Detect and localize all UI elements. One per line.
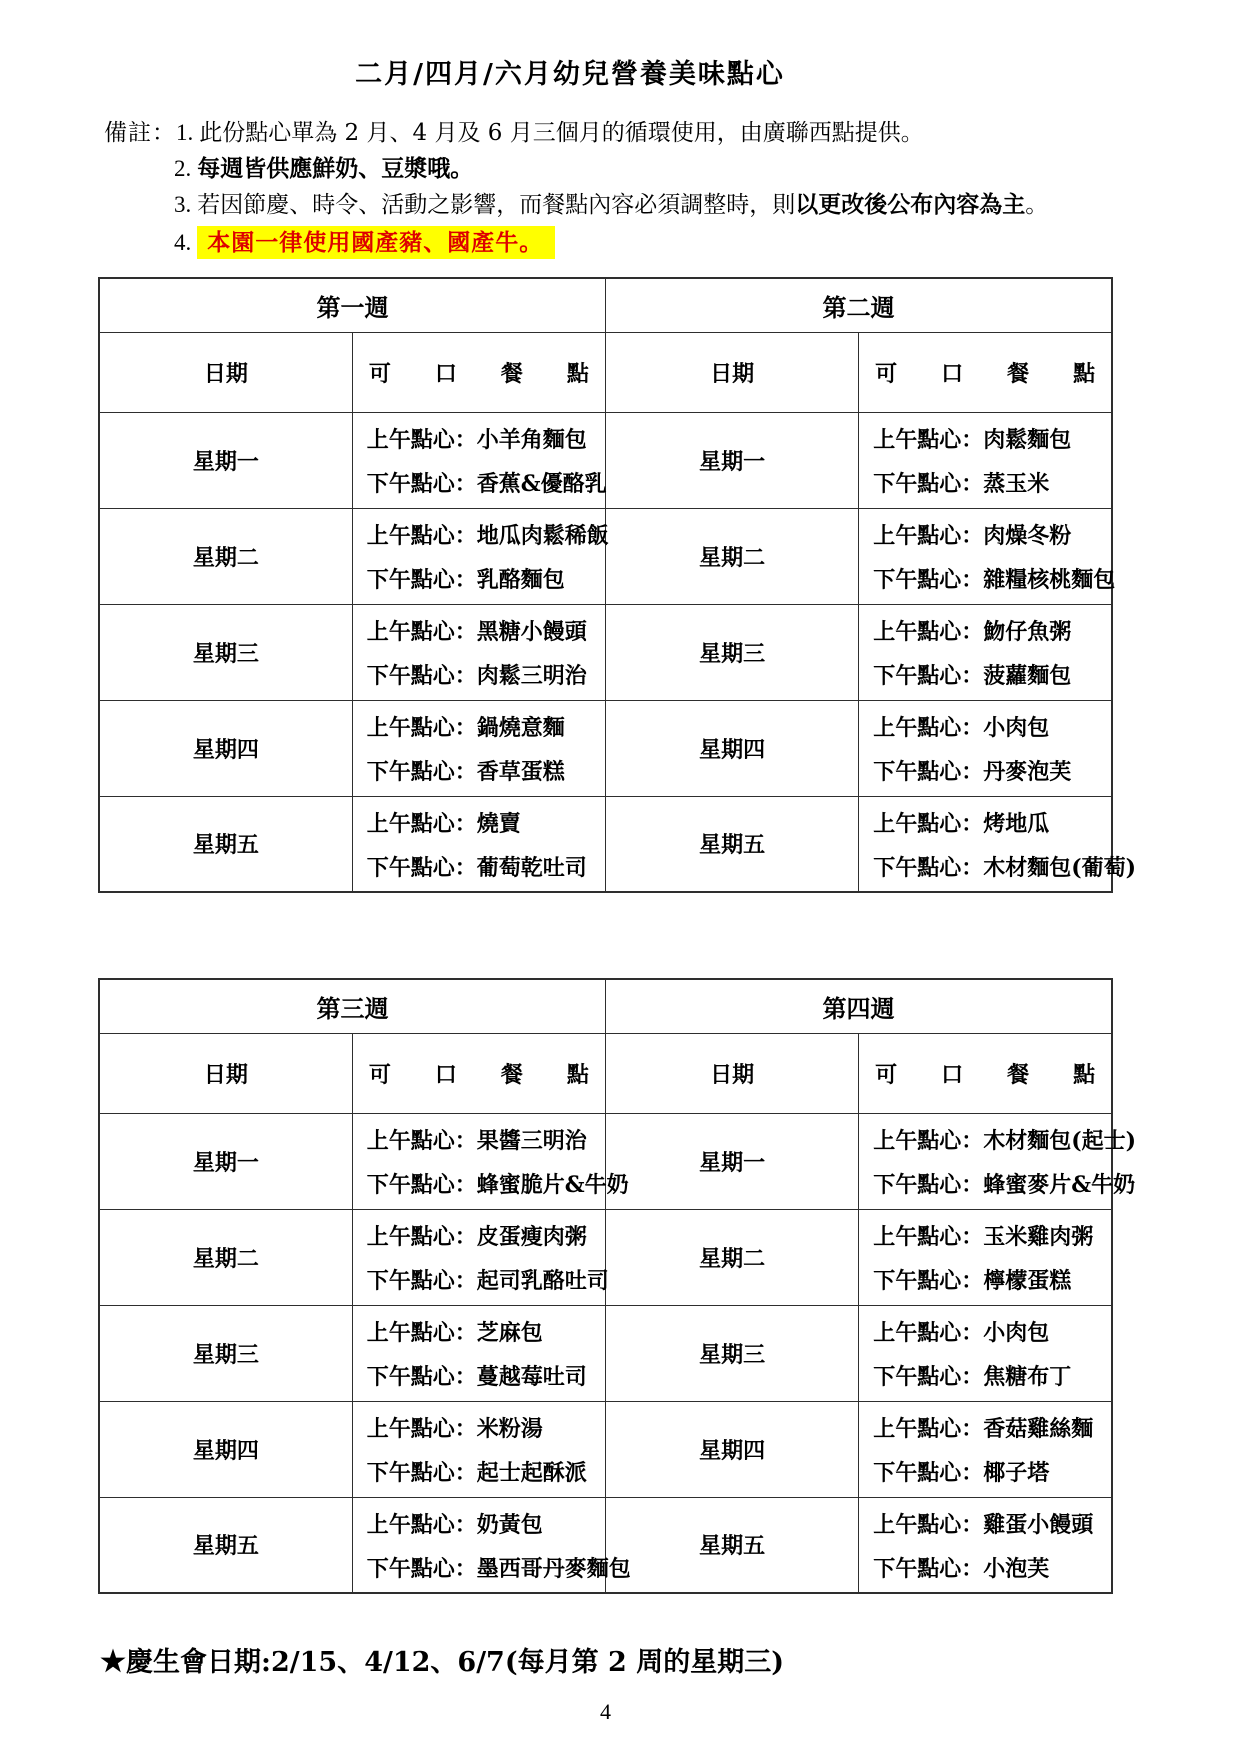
day-label: 星期二 [99, 1209, 352, 1305]
notes-label: 備註： [104, 120, 176, 146]
menu-cell: 上午點心：奶黃包 下午點心：墨西哥丹麥麵包 [352, 1497, 605, 1593]
am-snack: 上午點心：烤地瓜 [873, 802, 1107, 846]
note-1-number: 1. [176, 120, 199, 145]
pm-snack: 下午點心：起司乳酪吐司 [367, 1259, 601, 1303]
note-line-4: 4.本園一律使用國產豬、國產牛。 [104, 225, 1241, 261]
page-number: 4 [98, 1699, 1113, 1725]
day-label: 星期二 [606, 508, 859, 604]
table-row-friday: 星期五 上午點心：奶黃包 下午點心：墨西哥丹麥麵包 星期五 上午點心：雞蛋小饅頭… [99, 1497, 1112, 1593]
page-title: 二月/四月/六月幼兒營養美味點心 [0, 0, 1140, 91]
day-label: 星期二 [606, 1209, 859, 1305]
pm-snack: 下午點心：椰子塔 [873, 1451, 1107, 1495]
note-3-text: 若因節慶、時令、活動之影響，而餐點內容必須調整時，則以更改後公布內容為主。 [197, 192, 1048, 218]
am-snack: 上午點心：雞蛋小饅頭 [873, 1503, 1107, 1547]
date-column-header: 日期 [606, 332, 859, 412]
menu-table-weeks-1-2: 第一週 第二週 日期 可 口 餐 點 日期 可 口 餐 點 星期一 上午點心：小… [98, 277, 1113, 893]
pm-snack: 下午點心：丹麥泡芙 [873, 750, 1107, 794]
day-label: 星期五 [99, 796, 352, 892]
note-line-3: 3.若因節慶、時令、活動之影響，而餐點內容必須調整時，則以更改後公布內容為主。 [104, 187, 1241, 223]
date-column-header: 日期 [99, 1033, 352, 1113]
pm-snack: 下午點心：香蕉&優酪乳 [367, 462, 601, 506]
day-label: 星期一 [606, 412, 859, 508]
am-snack: 上午點心：小肉包 [873, 706, 1107, 750]
pm-snack: 下午點心：墨西哥丹麥麵包 [367, 1547, 601, 1591]
am-snack: 上午點心：米粉湯 [367, 1407, 601, 1451]
note-line-1: 備註：1.此份點心單為 2 月、4 月及 6 月三個月的循環使用，由廣聯西點提供… [104, 115, 1241, 151]
pm-snack: 下午點心：葡萄乾吐司 [367, 846, 601, 890]
day-label: 星期一 [99, 412, 352, 508]
birthday-party-text: 慶生會日期:2/15、4/12、6/7(每月第 2 周的星期三) [126, 1647, 784, 1678]
column-header-row: 日期 可 口 餐 點 日期 可 口 餐 點 [99, 1033, 1112, 1113]
pm-snack: 下午點心：乳酪麵包 [367, 558, 601, 602]
am-snack: 上午點心：芝麻包 [367, 1311, 601, 1355]
day-label: 星期一 [606, 1113, 859, 1209]
day-label: 星期三 [99, 604, 352, 700]
menu-column-header: 可 口 餐 點 [352, 1033, 605, 1113]
day-label: 星期一 [99, 1113, 352, 1209]
menu-cell: 上午點心：玉米雞肉粥 下午點心：檸檬蛋糕 [859, 1209, 1112, 1305]
am-snack: 上午點心：香菇雞絲麵 [873, 1407, 1107, 1451]
week-header-row: 第三週 第四週 [99, 979, 1112, 1033]
day-label: 星期四 [606, 1401, 859, 1497]
am-snack: 上午點心：奶黃包 [367, 1503, 601, 1547]
pm-snack: 下午點心：蜂蜜脆片&牛奶 [367, 1163, 601, 1207]
note-2-number: 2. [174, 156, 197, 181]
menu-cell: 上午點心：果醬三明治 下午點心：蜂蜜脆片&牛奶 [352, 1113, 605, 1209]
note-4-highlighted-text: 本園一律使用國產豬、國產牛。 [197, 226, 555, 259]
menu-cell: 上午點心：木材麵包(起士) 下午點心：蜂蜜麥片&牛奶 [859, 1113, 1112, 1209]
menu-column-header: 可 口 餐 點 [352, 332, 605, 412]
menu-column-header: 可 口 餐 點 [859, 332, 1112, 412]
column-header-row: 日期 可 口 餐 點 日期 可 口 餐 點 [99, 332, 1112, 412]
menu-cell: 上午點心：燒賣 下午點心：葡萄乾吐司 [352, 796, 605, 892]
table-row-tuesday: 星期二 上午點心：皮蛋瘦肉粥 下午點心：起司乳酪吐司 星期二 上午點心：玉米雞肉… [99, 1209, 1112, 1305]
note-line-2: 2.每週皆供應鮮奶、豆漿哦。 [104, 151, 1241, 187]
menu-cell: 上午點心：小羊角麵包 下午點心：香蕉&優酪乳 [352, 412, 605, 508]
am-snack: 上午點心：小肉包 [873, 1311, 1107, 1355]
table-row-friday: 星期五 上午點心：燒賣 下午點心：葡萄乾吐司 星期五 上午點心：烤地瓜 下午點心… [99, 796, 1112, 892]
note-4-number: 4. [174, 230, 197, 255]
week-4-header: 第四週 [606, 979, 1113, 1033]
menu-cell: 上午點心：皮蛋瘦肉粥 下午點心：起司乳酪吐司 [352, 1209, 605, 1305]
pm-snack: 下午點心：木材麵包(葡萄) [873, 846, 1107, 890]
pm-snack: 下午點心：雜糧核桃麵包 [873, 558, 1107, 602]
table-row-tuesday: 星期二 上午點心：地瓜肉鬆稀飯 下午點心：乳酪麵包 星期二 上午點心：肉燥冬粉 … [99, 508, 1112, 604]
am-snack: 上午點心：果醬三明治 [367, 1119, 601, 1163]
pm-snack: 下午點心：香草蛋糕 [367, 750, 601, 794]
menu-cell: 上午點心：香菇雞絲麵 下午點心：椰子塔 [859, 1401, 1112, 1497]
table-spacer [0, 893, 1241, 978]
pm-snack: 下午點心：蜂蜜麥片&牛奶 [873, 1163, 1107, 1207]
pm-snack: 下午點心：蔓越莓吐司 [367, 1355, 601, 1399]
am-snack: 上午點心：小羊角麵包 [367, 418, 601, 462]
pm-snack: 下午點心：焦糖布丁 [873, 1355, 1107, 1399]
day-label: 星期四 [99, 1401, 352, 1497]
am-snack: 上午點心：燒賣 [367, 802, 601, 846]
note-3-number: 3. [174, 192, 197, 217]
menu-column-header: 可 口 餐 點 [859, 1033, 1112, 1113]
day-label: 星期四 [99, 700, 352, 796]
day-label: 星期五 [606, 1497, 859, 1593]
note-2-text: 每週皆供應鮮奶、豆漿哦。 [197, 155, 473, 182]
day-label: 星期五 [99, 1497, 352, 1593]
date-column-header: 日期 [99, 332, 352, 412]
table-row-wednesday: 星期三 上午點心：黑糖小饅頭 下午點心：肉鬆三明治 星期三 上午點心：魩仔魚粥 … [99, 604, 1112, 700]
menu-cell: 上午點心：地瓜肉鬆稀飯 下午點心：乳酪麵包 [352, 508, 605, 604]
am-snack: 上午點心：皮蛋瘦肉粥 [367, 1215, 601, 1259]
table-row-thursday: 星期四 上午點心：鍋燒意麵 下午點心：香草蛋糕 星期四 上午點心：小肉包 下午點… [99, 700, 1112, 796]
menu-cell: 上午點心：魩仔魚粥 下午點心：菠蘿麵包 [859, 604, 1112, 700]
menu-cell: 上午點心：雞蛋小饅頭 下午點心：小泡芙 [859, 1497, 1112, 1593]
table-row-monday: 星期一 上午點心：小羊角麵包 下午點心：香蕉&優酪乳 星期一 上午點心：肉鬆麵包… [99, 412, 1112, 508]
pm-snack: 下午點心：蒸玉米 [873, 462, 1107, 506]
am-snack: 上午點心：地瓜肉鬆稀飯 [367, 514, 601, 558]
menu-cell: 上午點心：米粉湯 下午點心：起士起酥派 [352, 1401, 605, 1497]
am-snack: 上午點心：黑糖小饅頭 [367, 610, 601, 654]
table-row-monday: 星期一 上午點心：果醬三明治 下午點心：蜂蜜脆片&牛奶 星期一 上午點心：木材麵… [99, 1113, 1112, 1209]
day-label: 星期二 [99, 508, 352, 604]
week-1-header: 第一週 [99, 278, 606, 332]
document-page: 二月/四月/六月幼兒營養美味點心 備註：1.此份點心單為 2 月、4 月及 6 … [0, 0, 1241, 1755]
pm-snack: 下午點心：檸檬蛋糕 [873, 1259, 1107, 1303]
menu-tables: 第一週 第二週 日期 可 口 餐 點 日期 可 口 餐 點 星期一 上午點心：小… [0, 277, 1241, 1594]
date-column-header: 日期 [606, 1033, 859, 1113]
week-header-row: 第一週 第二週 [99, 278, 1112, 332]
am-snack: 上午點心：肉鬆麵包 [873, 418, 1107, 462]
day-label: 星期五 [606, 796, 859, 892]
day-label: 星期三 [606, 604, 859, 700]
am-snack: 上午點心：肉燥冬粉 [873, 514, 1107, 558]
day-label: 星期三 [99, 1305, 352, 1401]
menu-table-weeks-3-4: 第三週 第四週 日期 可 口 餐 點 日期 可 口 餐 點 星期一 上午點心：果… [98, 978, 1113, 1594]
week-2-header: 第二週 [606, 278, 1113, 332]
pm-snack: 下午點心：菠蘿麵包 [873, 654, 1107, 698]
note-1-text: 此份點心單為 2 月、4 月及 6 月三個月的循環使用，由廣聯西點提供。 [199, 120, 923, 146]
am-snack: 上午點心：玉米雞肉粥 [873, 1215, 1107, 1259]
day-label: 星期四 [606, 700, 859, 796]
menu-cell: 上午點心：肉鬆麵包 下午點心：蒸玉米 [859, 412, 1112, 508]
table-row-wednesday: 星期三 上午點心：芝麻包 下午點心：蔓越莓吐司 星期三 上午點心：小肉包 下午點… [99, 1305, 1112, 1401]
menu-cell: 上午點心：黑糖小饅頭 下午點心：肉鬆三明治 [352, 604, 605, 700]
pm-snack: 下午點心：小泡芙 [873, 1547, 1107, 1591]
menu-cell: 上午點心：肉燥冬粉 下午點心：雜糧核桃麵包 [859, 508, 1112, 604]
birthday-party-note: ★慶生會日期:2/15、4/12、6/7(每月第 2 周的星期三) [100, 1640, 1241, 1679]
notes-section: 備註：1.此份點心單為 2 月、4 月及 6 月三個月的循環使用，由廣聯西點提供… [104, 115, 1241, 261]
am-snack: 上午點心：鍋燒意麵 [367, 706, 601, 750]
menu-cell: 上午點心：小肉包 下午點心：焦糖布丁 [859, 1305, 1112, 1401]
menu-cell: 上午點心：鍋燒意麵 下午點心：香草蛋糕 [352, 700, 605, 796]
menu-cell: 上午點心：烤地瓜 下午點心：木材麵包(葡萄) [859, 796, 1112, 892]
pm-snack: 下午點心：肉鬆三明治 [367, 654, 601, 698]
star-icon: ★ [100, 1644, 126, 1678]
menu-cell: 上午點心：小肉包 下午點心：丹麥泡芙 [859, 700, 1112, 796]
am-snack: 上午點心：魩仔魚粥 [873, 610, 1107, 654]
week-3-header: 第三週 [99, 979, 606, 1033]
menu-cell: 上午點心：芝麻包 下午點心：蔓越莓吐司 [352, 1305, 605, 1401]
day-label: 星期三 [606, 1305, 859, 1401]
am-snack: 上午點心：木材麵包(起士) [873, 1119, 1107, 1163]
pm-snack: 下午點心：起士起酥派 [367, 1451, 601, 1495]
table-row-thursday: 星期四 上午點心：米粉湯 下午點心：起士起酥派 星期四 上午點心：香菇雞絲麵 下… [99, 1401, 1112, 1497]
